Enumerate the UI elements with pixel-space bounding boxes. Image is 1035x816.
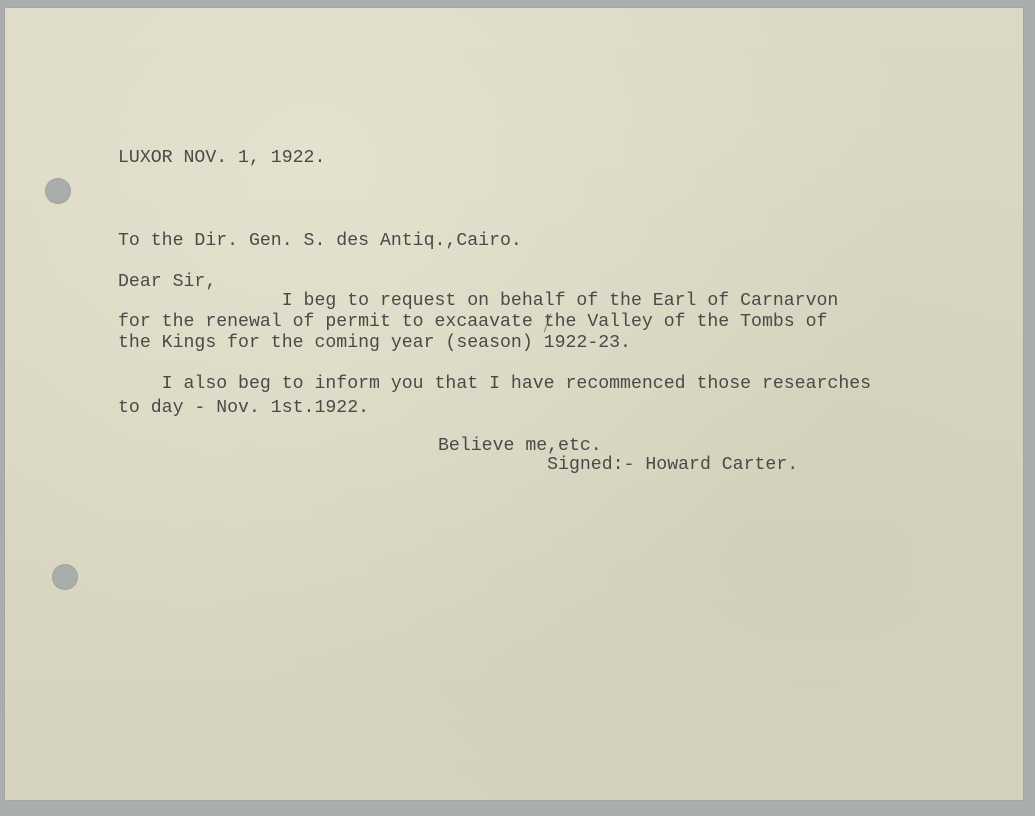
signature: Signed:- Howard Carter. (438, 455, 798, 476)
salutation: Dear Sir, (118, 272, 216, 293)
addressee: To the Dir. Gen. S. des Antiq.,Cairo. (118, 231, 522, 252)
punch-hole-top (45, 178, 71, 204)
punch-hole-bottom (52, 564, 78, 590)
paragraph2-line1: I also beg to inform you that I have rec… (118, 374, 871, 395)
paragraph1-line1: I beg to request on behalf of the Earl o… (118, 291, 838, 312)
closing: Believe me,etc. (438, 436, 602, 457)
paragraph2-line2: to day - Nov. 1st.1922. (118, 398, 369, 419)
paragraph1-line3: the Kings for the coming year (season) 1… (118, 333, 631, 354)
paragraph1-line2: for the renewal of permit to excaavate t… (118, 312, 827, 333)
dateline: LUXOR NOV. 1, 1922. (118, 148, 325, 169)
